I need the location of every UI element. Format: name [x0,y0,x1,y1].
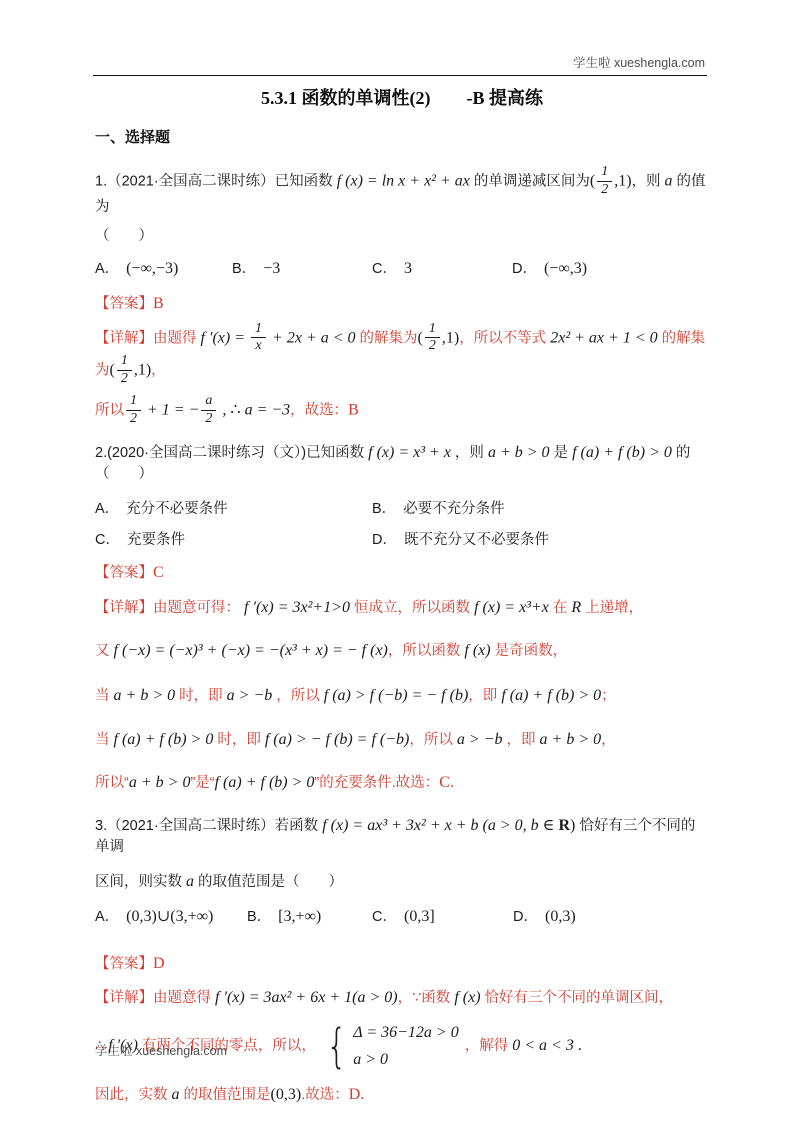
worksheet-title: 5.3.1 函数的单调性(2) -B 提高练 [95,84,709,110]
text-run: 区间，则实数 [95,874,186,890]
text-run: ，∵函数 [398,990,455,1006]
text-run: 所以“ [95,775,129,791]
q1-stem: 1.（2021·全国高二课时练）已知函数 f (x) = ln x + x² +… [95,165,709,218]
text-run: f (x) = x³ + x [368,444,455,461]
text-run: ，所以 [276,688,324,704]
text-run: 的单调递减区间为 [474,174,590,190]
text-run: 【答案】 [95,565,153,581]
fraction: 12 [597,165,612,197]
text-run: ”的充要条件.故选： [314,775,439,791]
text-run: a > −b [457,731,507,748]
fraction: 1x [251,322,266,354]
option-value: (−∞,−3) [126,260,178,278]
text-run: ”是“ [190,775,214,791]
text-run: f (a) > f (−b) = − f (b) [324,687,469,704]
text-run: 是 [554,445,573,461]
text-run: a + b > 0 [488,444,554,461]
text-run: C [153,564,164,581]
text-run: ，故选： [290,403,348,419]
option-value: [3,+∞) [278,908,321,926]
text-run: 0 < a < 3 [512,1037,574,1054]
text-run: ，则 [455,445,488,461]
text-run: f ′(x) = 3ax² + 6x + 1(a > 0) [215,989,398,1006]
option-value: 既不充分又不必要条件 [404,528,549,549]
text-run: 2x² + ax + 1 < 0 [550,329,661,346]
site-watermark-top: 学生啦 xueshengla.com [573,53,705,71]
text-run: ，解得 [465,1038,513,1054]
option-value: 充要条件 [127,528,185,549]
option-value: (0,3] [404,908,435,926]
fraction-denominator: 2 [126,411,141,427]
text-run: 上递增， [585,600,643,616]
text-run: B [348,402,359,419]
text-run: 的取值范围是（ ） [198,874,343,890]
text-run: 恒成立，所以函数 [354,600,474,616]
option-value: 必要不充分条件 [403,497,505,518]
option-value: 充分不必要条件 [126,497,228,518]
text-run: , ∴ a = −3 [218,402,290,419]
document-page: 学生啦 xueshengla.com 5.3.1 函数的单调性(2) -B 提高… [0,0,793,1122]
text-run: a [665,173,677,190]
text-run: f (x) [464,642,494,659]
text-run: ， [601,732,616,748]
cases-rows: Δ = 36−12a > 0a > 0 [353,1021,459,1071]
fraction-numerator: 1 [117,354,132,371]
option-label: D． [512,257,537,278]
text-run: f (a) > − f (b) = f (−b) [265,731,410,748]
text-run: ,1) [442,329,459,346]
option-A: A．(0,3)∪(3,+∞) [95,905,247,926]
text-run: ； [601,688,616,704]
q3-explain-3: 因此，实数 a 的取值范围是(0,3).故选：D. [95,1083,709,1106]
q2-explain-2: 又 f (−x) = (−x)³ + (−x) = −(x³ + x) = − … [95,639,709,662]
text-run: f (a) + f (b) > 0 [114,731,218,748]
option-C: C．充要条件 [95,528,372,549]
text-run: f (−x) = (−x)³ + (−x) = −(x³ + x) = − f … [114,642,388,659]
text-run: f (a) + f (b) > 0 [501,687,601,704]
text-run: ) [570,817,579,834]
section-heading: 一、选择题 [95,126,709,147]
q2-explain-4: 当 f (a) + f (b) > 0 时，即 f (a) > − f (b) … [95,728,709,751]
site-watermark-bottom: 学生啦 xueshengla.com [95,1041,227,1059]
fraction: 12 [425,322,440,354]
fraction: 12 [117,354,132,386]
text-run: 在 [553,600,572,616]
fraction-denominator: x [251,338,266,354]
text-run: ，即 [468,688,501,704]
text-run: a + b > 0 [114,687,180,704]
option-B: B．[3,+∞) [247,905,372,926]
text-run: D. [349,1086,365,1103]
fraction: 12 [126,394,141,426]
text-run: 1.（2021·全国高二课时练）已知函数 [95,174,337,190]
text-run: 时，即 [179,688,227,704]
text-run: R [558,817,570,834]
q2-options-row1: A．充分不必要条件B．必要不充分条件 [95,497,709,518]
fraction-numerator: a [201,394,216,411]
option-value: 3 [404,260,412,278]
content-area: 5.3.1 函数的单调性(2) -B 提高练 一、选择题 1.（2021·全国高… [0,0,793,1106]
option-B: B．必要不充分条件 [372,497,709,518]
text-run: ( [590,173,595,190]
q1-explain-2: 所以12 + 1 = −a2 , ∴ a = −3，故选：B [95,394,709,426]
text-run: 因此，实数 [95,1087,172,1103]
option-value: (0,3)∪(3,+∞) [126,906,213,926]
text-run: C. [439,774,454,791]
option-label: C． [95,528,120,549]
q2-stem: 2.(2020·全国高二课时练习（文）)已知函数 f (x) = x³ + x … [95,441,709,485]
text-run: f (x) = ax³ + 3x² + x + b (a > 0, b ∈ [322,817,558,834]
text-run: ,1) [134,362,151,379]
text-run: ,1) [614,173,631,190]
text-run: （ ） [95,228,153,244]
option-value: (0,3) [545,908,576,926]
text-run: 恰好有三个不同的单调区间， [485,990,674,1006]
text-run: + 1 = − [143,402,199,419]
fraction-denominator: 2 [117,371,132,387]
fraction-numerator: 1 [251,322,266,339]
text-run: a + b > 0 [540,731,602,748]
q3-explain-1: 【详解】由题意得 f ′(x) = 3ax² + 6x + 1(a > 0)，∵… [95,986,709,1009]
text-run: 的解集为 [360,330,418,346]
header-rule [93,75,707,76]
text-run: ( [110,362,115,379]
text-run: a > −b [227,687,277,704]
text-run: 【答案】 [95,296,153,312]
q3-options: A．(0,3)∪(3,+∞)B．[3,+∞)C．(0,3]D．(0,3) [95,905,709,926]
q1-options: A．(−∞,−3)B．−3C．3D．(−∞,3) [95,257,709,278]
option-D: D．(−∞,3) [512,257,709,278]
text-run: ，所以不等式 [459,330,550,346]
text-run: 2.(2020·全国高二课时练习（文）)已知函数 [95,445,368,461]
option-label: A． [95,257,119,278]
fraction-numerator: 1 [425,322,440,339]
text-run: 所以 [95,403,124,419]
text-run: f (a) + f (b) > 0 [572,444,676,461]
document-body: 1.（2021·全国高二课时练）已知函数 f (x) = ln x + x² +… [95,165,709,1106]
text-run: R [571,599,585,616]
option-D: D．既不充分又不必要条件 [372,528,709,549]
text-run: ， [151,363,166,379]
option-label: C． [372,905,397,926]
option-value: (−∞,3) [544,260,587,278]
text-run: ( [418,329,423,346]
text-run: f (x) [454,989,484,1006]
q2-explain-5: 所以“a + b > 0”是“f (a) + f (b) > 0”的充要条件.故… [95,771,709,794]
option-label: B． [247,905,271,926]
text-run: a [172,1086,184,1103]
text-run: 的取值范围是 [184,1087,271,1103]
text-run: 是奇函数， [495,643,568,659]
fraction-denominator: 2 [597,182,612,198]
fraction-denominator: 2 [425,338,440,354]
option-label: D． [513,905,538,926]
text-run: f (x) = ln x + x² + ax [337,173,474,190]
text-run: 当 [95,688,114,704]
option-label: D． [372,528,397,549]
text-run: f (a) + f (b) > 0 [215,774,315,791]
text-run: ，则 [632,174,665,190]
fraction-numerator: 1 [126,394,141,411]
option-value: −3 [263,260,280,278]
option-C: C．3 [372,257,512,278]
q2-options-row2: C．充要条件D．既不充分又不必要条件 [95,528,709,549]
fraction: a2 [201,394,216,426]
option-D: D．(0,3) [513,905,709,926]
text-run: 【详解】由题意可得： [95,600,244,616]
text-run: ，即 [506,732,539,748]
text-run: 【详解】由题意得 [95,990,215,1006]
option-label: A． [95,905,119,926]
fraction-denominator: 2 [201,411,216,427]
text-run: ，所以 [409,732,457,748]
text-run: 当 [95,732,114,748]
text-run: 【答案】 [95,956,153,972]
option-label: B． [372,497,396,518]
text-run: B [153,295,164,312]
text-run: f ′(x) = [201,329,250,346]
option-A: A．充分不必要条件 [95,497,372,518]
option-C: C．(0,3] [372,905,513,926]
text-run: 又 [95,643,114,659]
text-run: + 2x + a < 0 [268,329,360,346]
text-run: a [186,873,198,890]
option-label: A． [95,497,119,518]
fraction-numerator: 1 [597,165,612,182]
text-run: ，所以函数 [388,643,465,659]
text-run: D [153,955,165,972]
q2-explain-3: 当 a + b > 0 时，即 a > −b ，所以 f (a) > f (−b… [95,684,709,707]
option-A: A．(−∞,−3) [95,257,232,278]
case-row: a > 0 [353,1048,459,1071]
q1-explain-1: 【详解】由题得 f ′(x) = 1x + 2x + a < 0 的解集为(12… [95,322,709,387]
option-label: B． [232,257,256,278]
q3-stem-2: 区间，则实数 a 的取值范围是（ ） [95,870,709,893]
cases-system: Δ = 36−12a > 0a > 0 [322,1021,459,1071]
text-run: a + b > 0 [129,774,191,791]
option-B: B．−3 [232,257,372,278]
q1-paren: （ ） [95,226,709,247]
q3-stem-1: 3.（2021·全国高二课时练）若函数 f (x) = ax³ + 3x² + … [95,814,709,858]
case-row: Δ = 36−12a > 0 [353,1021,459,1044]
q3-answer: 【答案】D [95,952,709,975]
q1-answer: 【答案】B [95,292,709,315]
text-run: 3.（2021·全国高二课时练）若函数 [95,818,322,834]
text-run: (0,3) [271,1086,302,1103]
text-run: 时，即 [217,732,265,748]
text-run: . [574,1037,582,1054]
text-run: f (x) = x³+x [474,599,553,616]
option-label: C． [372,257,397,278]
q2-explain-1: 【详解】由题意可得： f ′(x) = 3x²+1>0 恒成立，所以函数 f (… [95,596,709,619]
q2-answer: 【答案】C [95,561,709,584]
text-run: f ′(x) = 3x²+1>0 [244,599,354,616]
text-run: .故选： [301,1087,349,1103]
text-run: 【详解】由题得 [95,330,201,346]
